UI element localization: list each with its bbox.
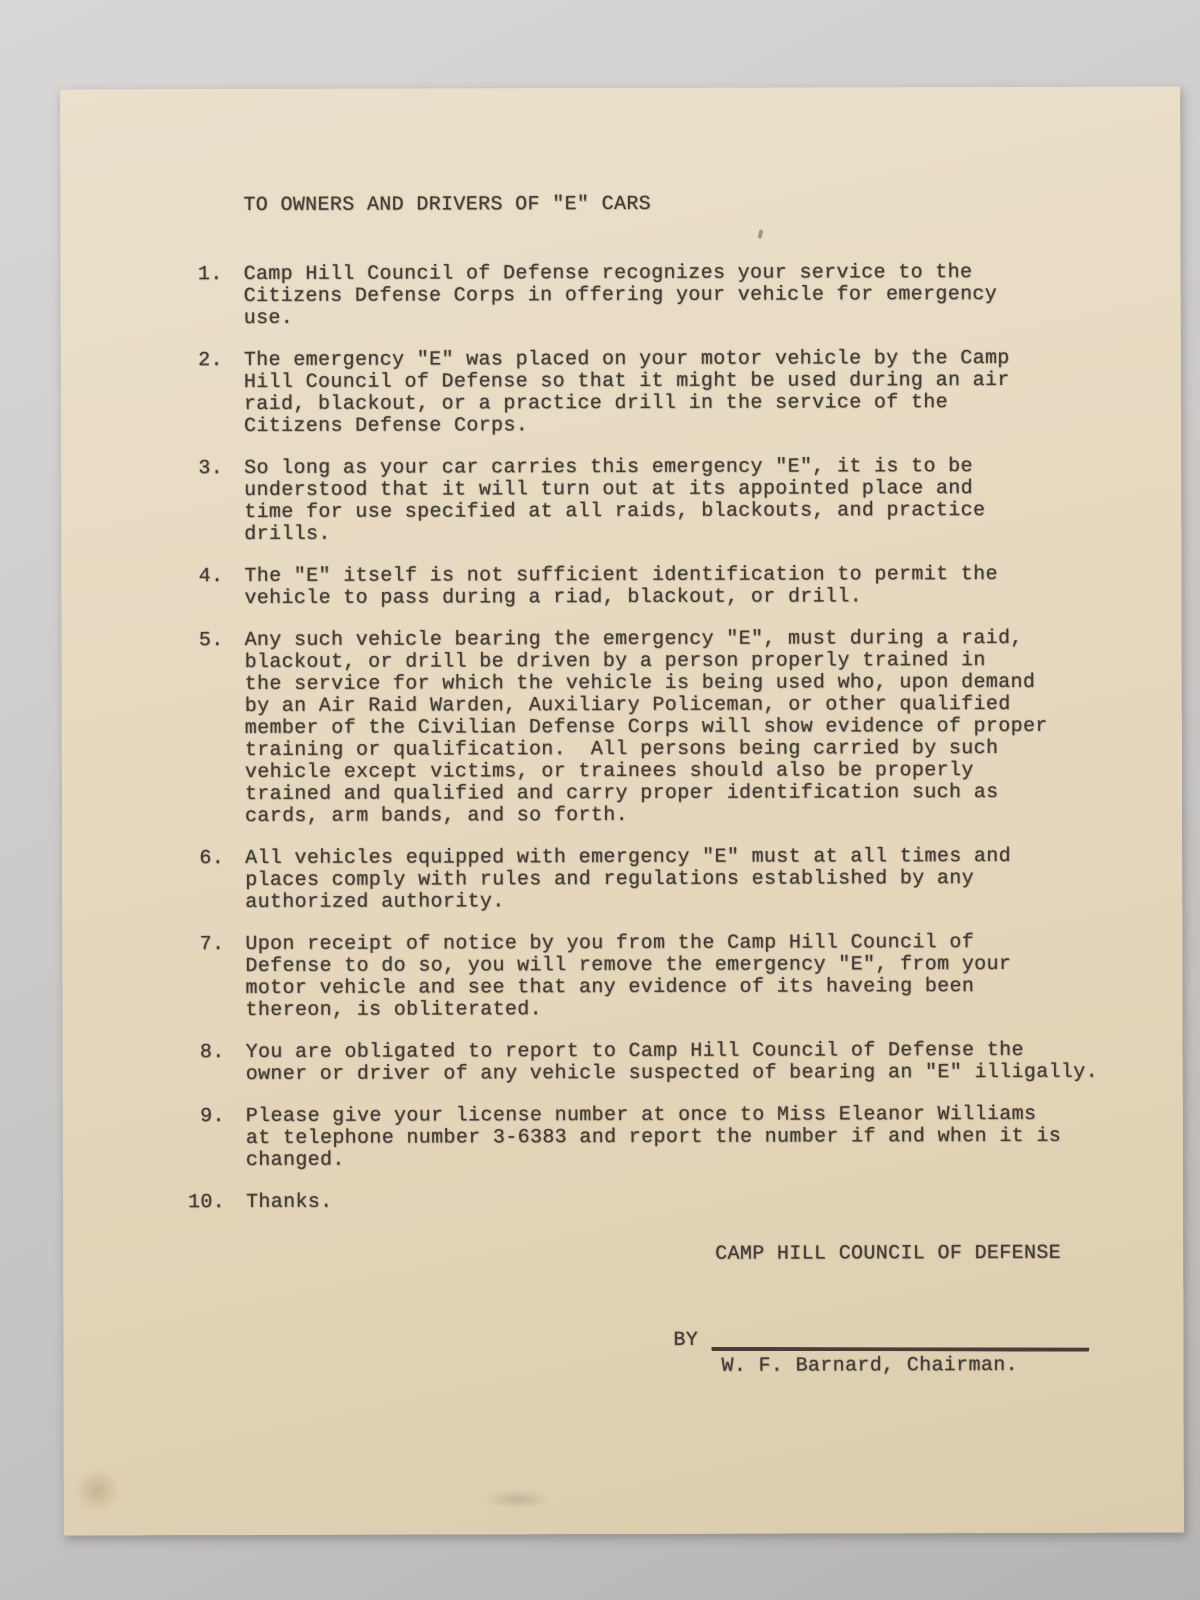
item-text: All vehicles equipped with emergency "E"… [245, 846, 1011, 914]
signature-line [711, 1325, 1089, 1352]
item-line: owner or driver of any vehicle suspected… [246, 1062, 1098, 1086]
list-item: 10.Thanks. [183, 1190, 1143, 1215]
item-line: trained and qualified and carry proper i… [245, 782, 1048, 806]
list-item: 1.Camp Hill Council of Defense recognize… [181, 262, 1141, 331]
item-line: cards, arm bands, and so forth. [245, 804, 1048, 828]
item-line: use. [244, 306, 998, 330]
document-page: TO OWNERS AND DRIVERS OF "E" CARS 1.Camp… [60, 87, 1184, 1536]
item-number: 8. [183, 1042, 225, 1086]
item-line: Thanks. [246, 1192, 333, 1214]
item-line: time for use specified at all raids, bla… [244, 500, 985, 524]
item-number: 10. [183, 1192, 225, 1214]
item-line: Citizens Defense Corps in offering your … [244, 284, 998, 308]
item-line: vehicle to pass during a riad, blackout,… [244, 586, 998, 610]
list-item: 8.You are obligated to report to Camp Hi… [183, 1040, 1143, 1087]
item-number: 6. [182, 848, 224, 914]
list-item: 2.The emergency "E" was placed on your m… [181, 348, 1141, 439]
item-line: places comply with rules and regulations… [245, 868, 1011, 892]
item-line: motor vehicle and see that any evidence … [245, 976, 1011, 1000]
numbered-list: 1.Camp Hill Council of Defense recognize… [181, 262, 1144, 1235]
item-line: thereon, is obliterated. [245, 998, 1011, 1022]
item-line: Citizens Defense Corps. [244, 414, 1010, 438]
paper-smudge [68, 1461, 128, 1519]
item-text: So long as your car carries this emergen… [244, 456, 985, 546]
item-text: The "E" itself is not sufficient identif… [244, 564, 998, 610]
list-item: 6.All vehicles equipped with emergency "… [182, 846, 1142, 915]
item-line: drills. [244, 522, 985, 546]
item-number: 2. [181, 350, 223, 438]
paper-smudge [472, 1486, 562, 1512]
item-text: Thanks. [246, 1192, 333, 1214]
list-item: 5.Any such vehicle bearing the emergency… [182, 628, 1143, 829]
photo-background: TO OWNERS AND DRIVERS OF "E" CARS 1.Camp… [0, 0, 1200, 1600]
list-item: 9.Please give your license number at onc… [183, 1104, 1143, 1173]
item-number: 9. [183, 1106, 225, 1172]
item-line: at telephone number 3-6383 and report th… [246, 1126, 1061, 1150]
item-number: 4. [181, 566, 223, 610]
list-item: 3.So long as your car carries this emerg… [181, 456, 1141, 547]
item-text: Camp Hill Council of Defense recognizes … [244, 262, 998, 330]
item-number: 1. [181, 264, 223, 330]
item-line: changed. [246, 1148, 1061, 1172]
item-number: 3. [181, 458, 223, 546]
ink-speck [757, 229, 763, 239]
item-number: 5. [182, 630, 225, 828]
list-item: 7.Upon receipt of notice by you from the… [182, 932, 1142, 1023]
signature-organization: CAMP HILL COUNCIL OF DEFENSE [715, 1243, 1061, 1266]
document-title: TO OWNERS AND DRIVERS OF "E" CARS [243, 194, 651, 217]
item-text: You are obligated to report to Camp Hill… [246, 1040, 1098, 1086]
signatory-name: W. F. Barnard, Chairman. [721, 1355, 1018, 1378]
signature-by-label: BY [673, 1330, 698, 1352]
item-text: Please give your license number at once … [246, 1104, 1061, 1172]
item-text: Upon receipt of notice by you from the C… [245, 932, 1011, 1022]
item-line: raid, blackout, or a practice drill in t… [244, 392, 1010, 416]
item-line: The "E" itself is not sufficient identif… [244, 564, 998, 588]
item-text: The emergency "E" was placed on your mot… [244, 348, 1010, 438]
item-line: authorized authority. [245, 890, 1011, 914]
item-number: 7. [182, 934, 224, 1022]
item-text: Any such vehicle bearing the emergency "… [245, 628, 1048, 828]
list-item: 4.The "E" itself is not sufficient ident… [181, 564, 1141, 611]
